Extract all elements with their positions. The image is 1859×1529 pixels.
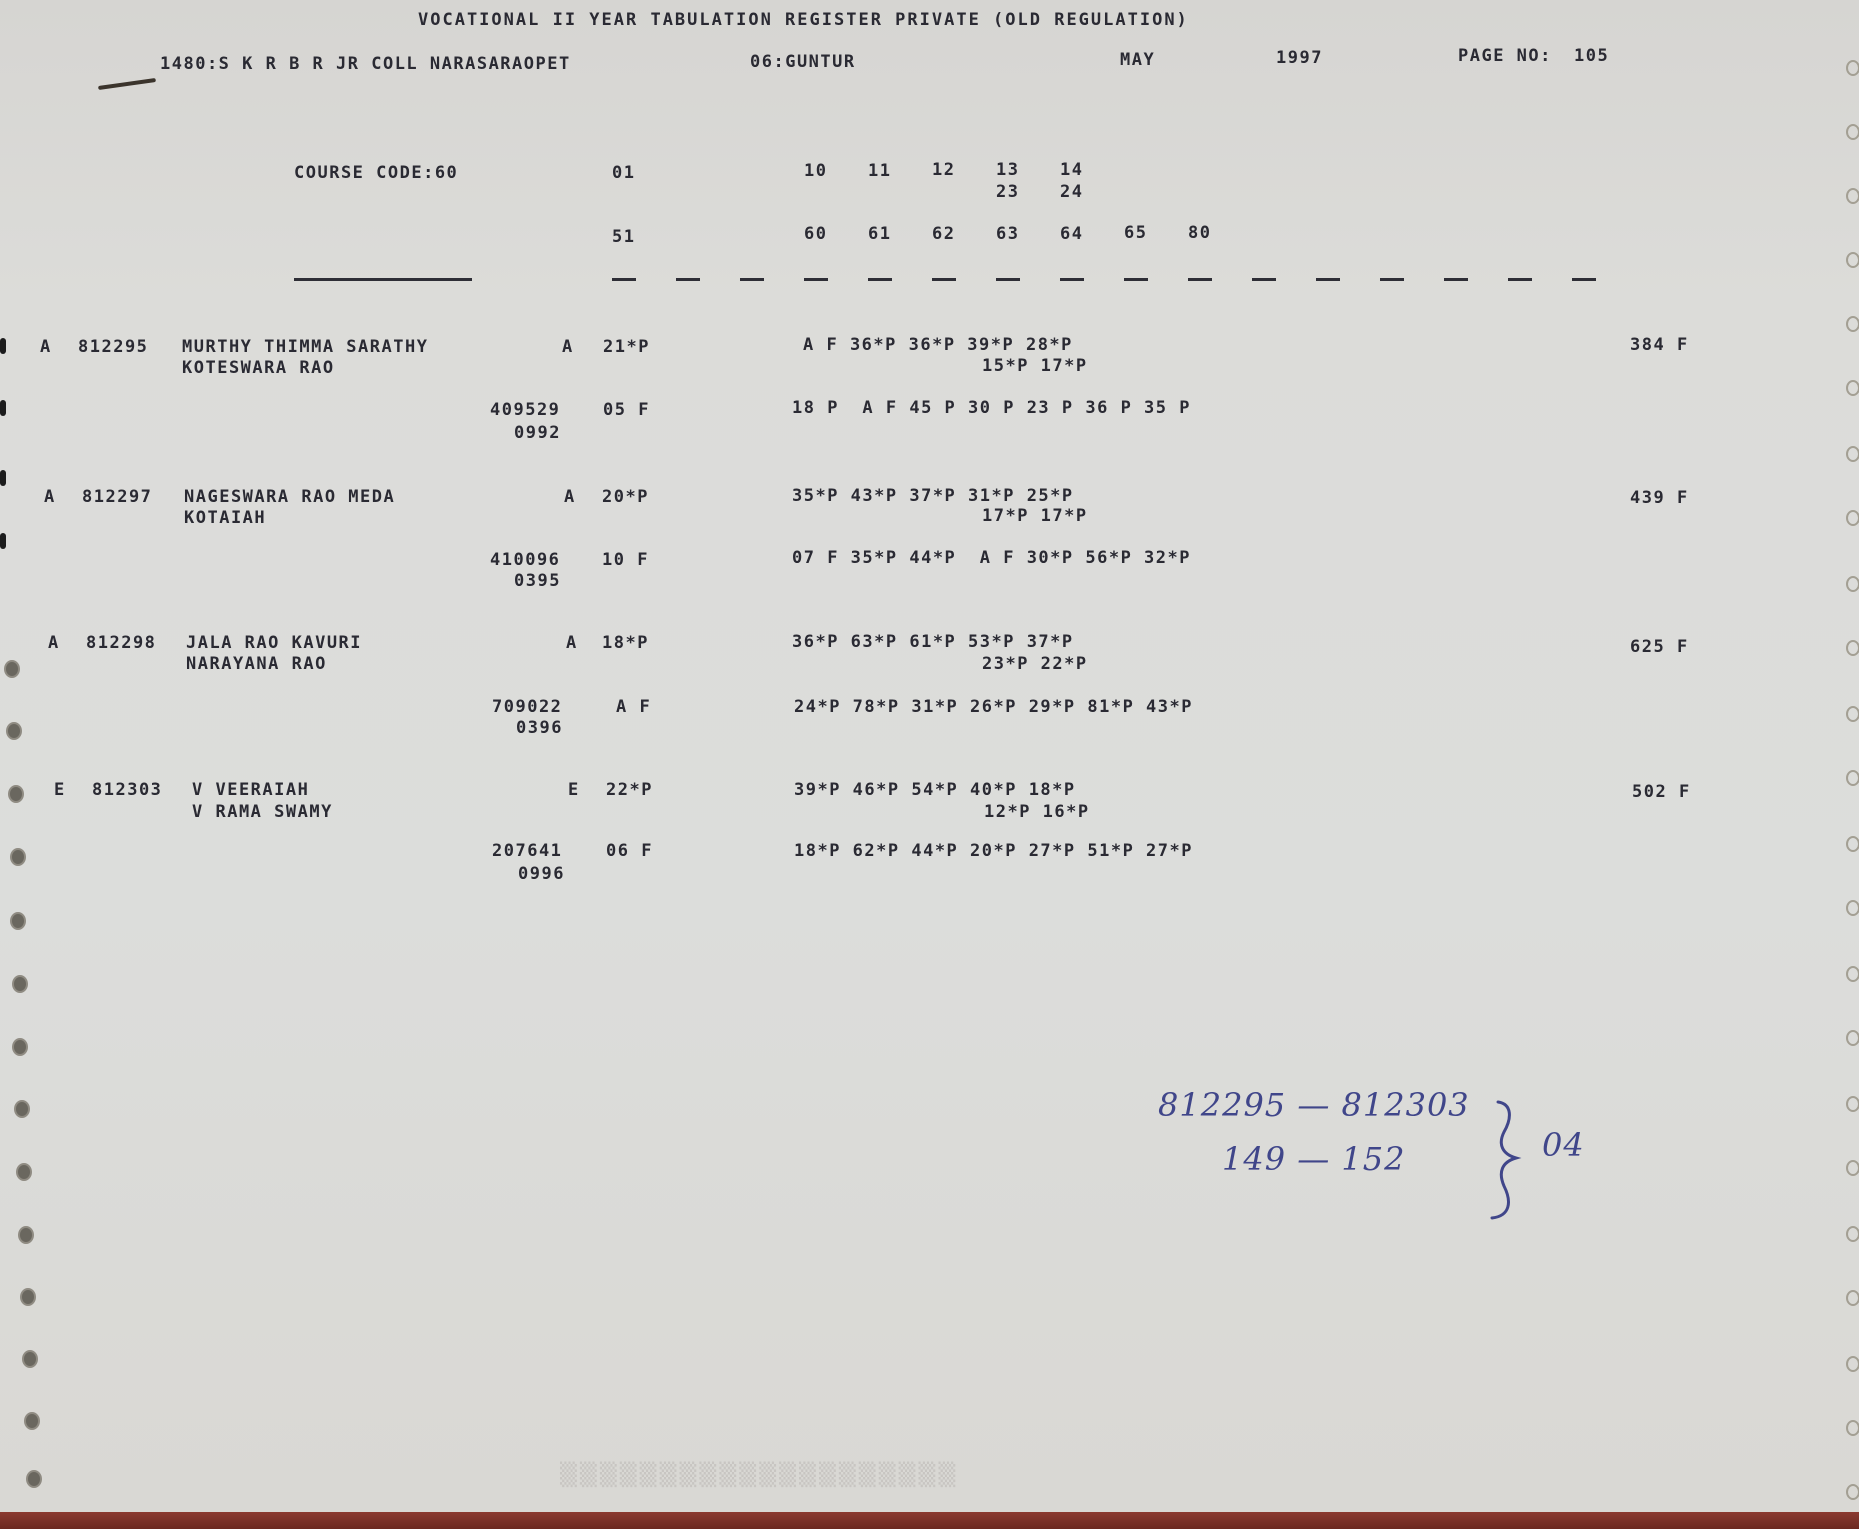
line1-first-mark: 22*P (606, 780, 653, 800)
feed-hole (12, 1038, 28, 1056)
feed-hole (8, 785, 24, 803)
line1-marks: A F 36*P 36*P 39*P 28*P (803, 335, 1073, 355)
hall-ticket-number: 812303 (92, 780, 162, 800)
hall-ticket-number: 812297 (82, 487, 152, 507)
handwritten-range-hall-tickets: 812295 — 812303 (1158, 1086, 1470, 1124)
feed-hole (1846, 770, 1859, 786)
line2-id: 709022 (492, 697, 562, 717)
hall-ticket-number: 812298 (86, 633, 156, 653)
feed-hole (1846, 1096, 1859, 1112)
col-header-80: 80 (1188, 223, 1211, 243)
category: A (40, 337, 52, 357)
line1-sub-marks: 23*P 22*P (982, 654, 1088, 674)
col-header-10: 10 (804, 161, 827, 181)
college-name: 1480:S K R B R JR COLL NARASARAOPET (160, 54, 571, 74)
category: A (44, 487, 56, 507)
feed-hole (20, 1288, 36, 1306)
tabulation-register-page: VOCATIONAL II YEAR TABULATION REGISTER P… (0, 0, 1859, 1512)
col-header-60: 60 (804, 224, 827, 244)
col-header-64: 64 (1060, 224, 1083, 244)
feed-hole (18, 1226, 34, 1244)
feed-hole (26, 1470, 42, 1488)
feed-hole (12, 975, 28, 993)
feed-hole (1846, 316, 1859, 332)
col-header-65: 65 (1124, 223, 1147, 243)
course-code: COURSE CODE:60 (294, 163, 458, 183)
feed-hole (6, 722, 22, 740)
feed-hole (0, 470, 6, 486)
father-name: V RAMA SWAMY (192, 802, 333, 822)
district: 06:GUNTUR (750, 52, 856, 72)
col-header-11: 11 (868, 161, 891, 181)
feed-hole (10, 848, 26, 866)
line2-id-sub: 0396 (516, 718, 563, 738)
student-name: V VEERAIAH (192, 780, 309, 800)
line2-first-mark: A F (616, 697, 651, 717)
category: E (54, 780, 66, 800)
feed-hole (0, 533, 6, 549)
feed-hole (1846, 900, 1859, 916)
ink-smudge (98, 78, 156, 90)
feed-hole (1846, 836, 1859, 852)
feed-hole (1846, 1356, 1859, 1372)
feed-hole (1846, 1226, 1859, 1242)
line2-marks: 07 F 35*P 44*P A F 30*P 56*P 32*P (792, 548, 1191, 568)
feed-hole (1846, 1290, 1859, 1306)
col-header-24: 24 (1060, 182, 1083, 202)
feed-hole (4, 660, 20, 678)
bleed-through-text: ▒▒▒▒▒▒▒▒▒▒▒▒▒▒▒▒▒▒▒▒ (560, 1462, 958, 1488)
line2-first-mark: 06 F (606, 841, 653, 861)
feed-hole (1846, 252, 1859, 268)
feed-hole (1846, 966, 1859, 982)
line1-marks: 39*P 46*P 54*P 40*P 18*P (794, 780, 1076, 800)
line1-first-mark: 20*P (602, 487, 649, 507)
feed-hole (1846, 1160, 1859, 1176)
line1-first-mark: 21*P (603, 337, 650, 357)
line2-id-sub: 0992 (514, 423, 561, 443)
feed-hole (1846, 1420, 1859, 1436)
col-header-51: 51 (612, 227, 635, 247)
total-result: 625 F (1630, 637, 1689, 657)
feed-hole (1846, 1484, 1859, 1500)
feed-hole (1846, 188, 1859, 204)
binder-edge (0, 1512, 1859, 1529)
category: A (48, 633, 60, 653)
curly-brace-icon (1490, 1098, 1530, 1222)
student-name: MURTHY THIMMA SARATHY (182, 337, 428, 357)
line2-id-sub: 0996 (518, 864, 565, 884)
feed-hole (1846, 446, 1859, 462)
student-name: JALA RAO KAVURI (186, 633, 362, 653)
feed-hole (0, 400, 6, 416)
feed-hole (1846, 576, 1859, 592)
feed-hole (1846, 380, 1859, 396)
col-header-12: 12 (932, 160, 955, 180)
feed-hole (22, 1350, 38, 1368)
line1-code: A (566, 633, 578, 653)
line2-marks: 18*P 62*P 44*P 20*P 27*P 51*P 27*P (794, 841, 1193, 861)
feed-hole (1846, 510, 1859, 526)
line1-code: A (562, 337, 574, 357)
total-result: 502 F (1632, 782, 1691, 802)
student-name: NAGESWARA RAO MEDA (184, 487, 395, 507)
father-name: KOTAIAH (184, 508, 266, 528)
feed-hole (1846, 1030, 1859, 1046)
handwritten-range-serials: 149 — 152 (1222, 1140, 1406, 1178)
feed-hole (10, 912, 26, 930)
col-header-61: 61 (868, 224, 891, 244)
feed-hole (1846, 706, 1859, 722)
line2-id: 409529 (490, 400, 560, 420)
col-header-63: 63 (996, 224, 1019, 244)
line1-code: E (568, 780, 580, 800)
feed-hole (1846, 60, 1859, 76)
hall-ticket-number: 812295 (78, 337, 148, 357)
line1-marks: 35*P 43*P 37*P 31*P 25*P (792, 486, 1074, 506)
line2-first-mark: 10 F (602, 550, 649, 570)
exam-year: 1997 (1276, 48, 1323, 68)
line1-marks: 36*P 63*P 61*P 53*P 37*P (792, 632, 1074, 652)
father-name: NARAYANA RAO (186, 654, 327, 674)
col-header-62: 62 (932, 224, 955, 244)
line1-code: A (564, 487, 576, 507)
line2-id-sub: 0395 (514, 571, 561, 591)
col-header-14: 14 (1060, 160, 1083, 180)
line2-first-mark: 05 F (603, 400, 650, 420)
feed-hole (1846, 124, 1859, 140)
feed-hole (14, 1100, 30, 1118)
register-title: VOCATIONAL II YEAR TABULATION REGISTER P… (418, 10, 1189, 30)
page-number: 105 (1574, 46, 1609, 66)
exam-month: MAY (1120, 50, 1155, 70)
feed-hole (0, 338, 6, 354)
total-result: 384 F (1630, 335, 1689, 355)
father-name: KOTESWARA RAO (182, 358, 335, 378)
feed-hole (1846, 640, 1859, 656)
line1-sub-marks: 12*P 16*P (984, 802, 1090, 822)
col-header-23: 23 (996, 182, 1019, 202)
line2-id: 410096 (490, 550, 560, 570)
page-number-label: PAGE NO: (1458, 46, 1552, 66)
feed-hole (24, 1412, 40, 1430)
line1-sub-marks: 17*P 17*P (982, 506, 1088, 526)
handwritten-count: 04 (1542, 1126, 1585, 1164)
line2-marks: 24*P 78*P 31*P 26*P 29*P 81*P 43*P (794, 697, 1193, 717)
feed-hole (16, 1163, 32, 1181)
line2-id: 207641 (492, 841, 562, 861)
col-header-01: 01 (612, 163, 635, 183)
line2-marks: 18 P A F 45 P 30 P 23 P 36 P 35 P (792, 398, 1191, 418)
line1-sub-marks: 15*P 17*P (982, 356, 1088, 376)
col-header-13: 13 (996, 160, 1019, 180)
line1-first-mark: 18*P (602, 633, 649, 653)
total-result: 439 F (1630, 488, 1689, 508)
